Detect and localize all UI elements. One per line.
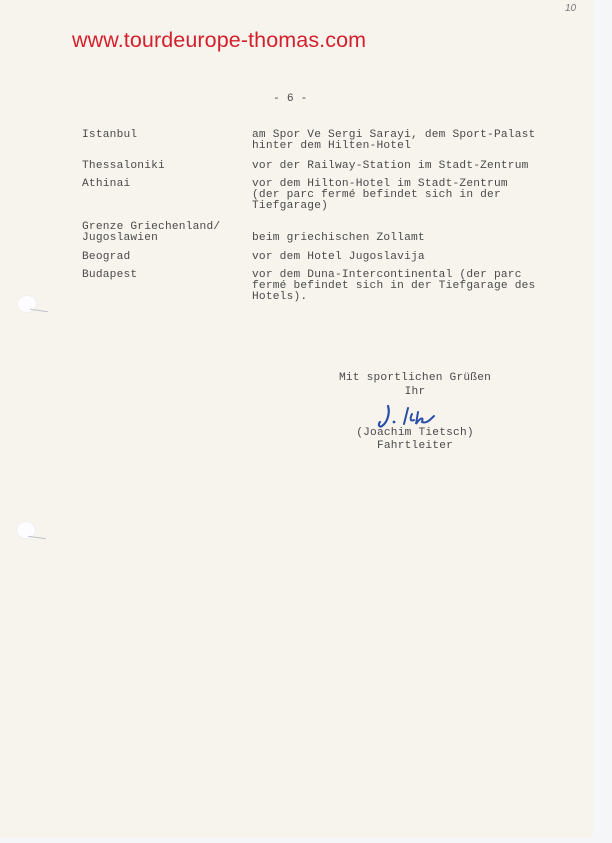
location-city: Thessaloniki (82, 161, 165, 172)
closing-greeting: Mit sportlichen Grüßen (330, 373, 500, 384)
location-city: Istanbul (82, 130, 137, 141)
location-city: Budapest (82, 270, 137, 281)
location-place: vor dem Duna-Intercontinental (der parc … (252, 270, 535, 303)
signatory-name: (Joachim Tietsch) (330, 428, 500, 439)
page-number: - 6 - (273, 94, 308, 105)
location-place: beim griechischen Zollamt (252, 222, 425, 244)
corner-page-number: 10 (565, 3, 576, 14)
location-place: am Spor Ve Sergi Sarayi, dem Sport-Palas… (252, 130, 535, 152)
location-city: Grenze Griechenland/ Jugoslawien (82, 222, 220, 244)
location-place: vor der Railway-Station im Stadt-Zentrum (252, 161, 529, 172)
location-city: Athinai (82, 179, 130, 190)
location-city: Beograd (82, 252, 130, 263)
punch-hole-tear (30, 309, 48, 312)
location-place: vor dem Hilton-Hotel im Stadt-Zentrum (d… (252, 179, 508, 212)
closing-ihr: Ihr (330, 387, 500, 398)
signatory-title: Fahrtleiter (330, 441, 500, 452)
location-place: vor dem Hotel Jugoslavija (252, 252, 425, 263)
document-page: 10 www.tourdeurope-thomas.com - 6 - Ista… (0, 0, 593, 838)
punch-hole-tear (28, 536, 46, 539)
signature (374, 402, 444, 430)
watermark-url: www.tourdeurope-thomas.com (72, 28, 366, 53)
